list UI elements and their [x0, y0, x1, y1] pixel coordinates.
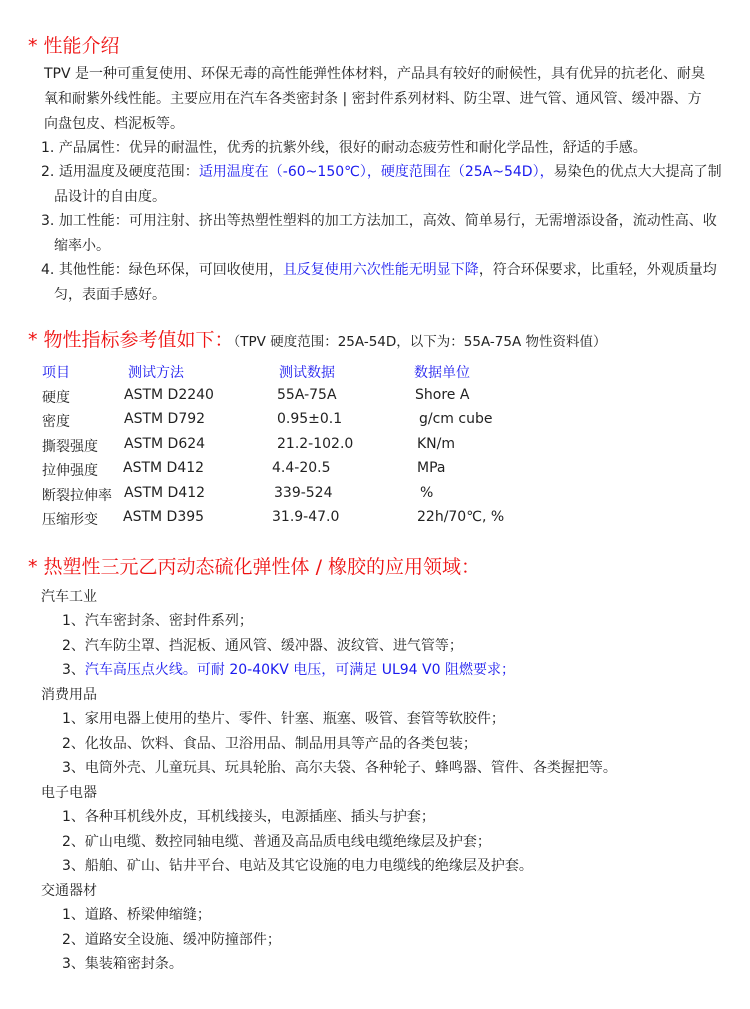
group-title: 消费用品	[41, 683, 97, 707]
cell-method: ASTM D395	[123, 509, 204, 525]
item-text: 加工性能：可用注射、挤出等热塑性塑料的加工方法加工，高效、简单易行，无需增添设备…	[59, 213, 717, 229]
list-item: 1、汽车密封条、密封件系列；	[62, 609, 253, 633]
intro-line-3: 向盘包皮、档泥板等。	[44, 112, 184, 136]
item-text: 易染色的优点大大提高了制	[554, 164, 722, 180]
cell-method: ASTM D2240	[124, 387, 214, 403]
item-text: 产品属性：优异的耐温性，优秀的抗紫外线，很好的耐动态疲劳性和耐化学品性，舒适的手…	[59, 140, 647, 156]
group-title: 汽车工业	[41, 585, 97, 609]
list-item: 2、化妆品、饮料、食品、卫浴用品、制品用具等产品的各类包装；	[62, 732, 477, 756]
item-number: 1.	[41, 140, 54, 156]
item-highlight: 适用温度在（-60~150℃），硬度范围在（25A~54D），	[199, 164, 554, 180]
intro-line-2: 氧和耐紫外线性能。主要应用在汽车各类密封条 | 密封件系列材料、防尘罩、进气管、…	[44, 87, 702, 111]
section-title-physical-properties: * 物性指标参考值如下：（TPV 硬度范围：25A-54D，以下为：55A-75…	[28, 325, 606, 352]
cell-data: 339-524	[274, 485, 333, 501]
list-item: 3、船舶、矿山、钻井平台、电站及其它设施的电力电缆线的绝缘层及护套。	[62, 854, 533, 878]
item-label: 其他性能：绿色环保，可回收使用，	[59, 262, 283, 278]
cell-method: ASTM D412	[124, 485, 205, 501]
item-label: 适用温度及硬度范围：	[59, 164, 199, 180]
cell-unit: Shore A	[415, 387, 469, 403]
cell-method: ASTM D412	[123, 460, 204, 476]
cell-data: 4.4-20.5	[272, 460, 331, 476]
cell-method: ASTM D624	[124, 436, 205, 452]
cell-item: 压缩形变	[42, 509, 98, 529]
cell-unit: KN/m	[417, 436, 455, 452]
cell-item: 撕裂强度	[42, 436, 98, 456]
property-item-2: 2. 适用温度及硬度范围：适用温度在（-60~150℃），硬度范围在（25A~5…	[41, 160, 722, 184]
group-title: 电子电器	[41, 781, 97, 805]
cell-item: 密度	[42, 411, 70, 431]
group-title: 交通器材	[41, 879, 97, 903]
cell-data: 55A-75A	[277, 387, 337, 403]
cell-item: 断裂拉伸率	[42, 485, 112, 505]
col-header-unit: 数据单位	[414, 362, 470, 382]
list-item: 1、家用电器上使用的垫片、零件、针塞、瓶塞、吸管、套管等软胶件；	[62, 707, 505, 731]
property-item-1: 1. 产品属性：优异的耐温性，优秀的抗紫外线，很好的耐动态疲劳性和耐化学品性，舒…	[41, 136, 647, 160]
item-text: ，符合环保要求，比重轻，外观质量均	[479, 262, 717, 278]
list-item: 3、集装箱密封条。	[62, 952, 183, 976]
item-number: 4.	[41, 262, 54, 278]
cell-method: ASTM D792	[124, 411, 205, 427]
list-item: 2、矿山电缆、数控同轴电缆、普通及高品质电线电缆绝缘层及护套；	[62, 830, 491, 854]
col-header-method: 测试方法	[128, 362, 184, 382]
cell-data: 31.9-47.0	[272, 509, 339, 525]
cell-data: 0.95±0.1	[277, 411, 342, 427]
list-item: 2、道路安全设施、缓冲防撞部件；	[62, 928, 281, 952]
item-prefix: 3、	[62, 662, 85, 678]
cell-unit: MPa	[417, 460, 445, 476]
list-item: 1、道路、桥梁伸缩缝；	[62, 903, 211, 927]
cell-item: 拉伸强度	[42, 460, 98, 480]
item-highlight: 汽车高压点火线。可耐 20-40KV 电压，可满足 UL94 V0 阻燃要求；	[85, 662, 515, 678]
property-item-4: 4. 其他性能：绿色环保，可回收使用，且反复使用六次性能无明显下降，符合环保要求…	[41, 258, 717, 282]
cell-item: 硬度	[42, 387, 70, 407]
item-highlight: 且反复使用六次性能无明显下降	[283, 262, 479, 278]
property-item-3-cont: 缩率小。	[54, 234, 110, 258]
item-number: 3.	[41, 213, 54, 229]
property-item-3: 3. 加工性能：可用注射、挤出等热塑性塑料的加工方法加工，高效、简单易行，无需增…	[41, 209, 717, 233]
item-number: 2.	[41, 164, 54, 180]
cell-unit: g/cm cube	[419, 411, 492, 427]
cell-data: 21.2-102.0	[277, 436, 353, 452]
property-item-4-cont: 匀，表面手感好。	[54, 283, 166, 307]
property-item-2-cont: 品设计的自由度。	[54, 185, 166, 209]
col-header-item: 项目	[42, 362, 70, 382]
list-item: 2、汽车防尘罩、挡泥板、通风管、缓冲器、波纹管、进气管等；	[62, 634, 463, 658]
list-item: 3、汽车高压点火线。可耐 20-40KV 电压，可满足 UL94 V0 阻燃要求…	[62, 658, 515, 682]
cell-unit: 22h/70℃, %	[417, 509, 504, 525]
heading-text: * 物性指标参考值如下：	[28, 329, 234, 351]
section-title-performance: * 性能介绍	[28, 31, 120, 58]
cell-unit: %	[420, 485, 433, 501]
col-header-data: 测试数据	[279, 362, 335, 382]
intro-line-1: TPV 是一种可重复使用、环保无毒的高性能弹性体材料，产品具有较好的耐候性，具有…	[44, 62, 705, 86]
list-item: 1、各种耳机线外皮，耳机线接头，电源插座、插头与护套；	[62, 805, 435, 829]
heading-note: （TPV 硬度范围：25A-54D，以下为：55A-75A 物性资料值）	[234, 334, 607, 350]
list-item: 3、电筒外壳、儿童玩具、玩具轮胎、高尔夫袋、各种轮子、蜂鸣器、管件、各类握把等。	[62, 756, 617, 780]
section-title-applications: * 热塑性三元乙丙动态硫化弹性体 / 橡胶的应用领域：	[28, 552, 480, 579]
